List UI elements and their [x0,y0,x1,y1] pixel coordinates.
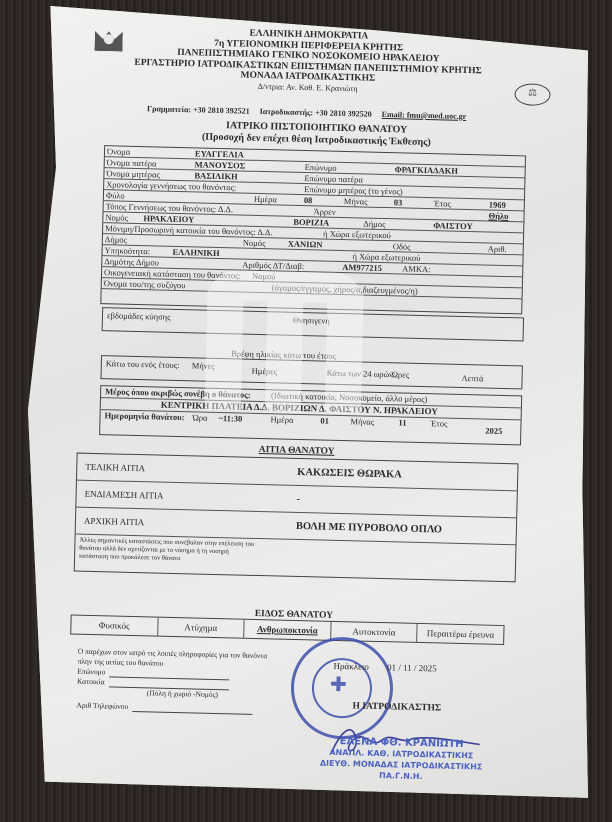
label: Ημέρα [270,414,293,425]
value-birth-year: 1969 [489,200,506,210]
value-surname: ΦΡΑΓΚΙΑΔΑΚΗ [395,164,459,176]
label: Όνομα πατέρα [107,157,157,168]
label: Όνομα μητέρας [106,168,160,179]
label: Δημότης Δήμου [104,256,159,267]
value-death-day: 01 [320,416,329,426]
label: Λεπτά [461,373,483,384]
label: ΤΕΛΙΚΗ ΑΙΤΙΑ [85,462,145,473]
label: Οδός [393,241,411,251]
phone-line [132,711,252,715]
kind-natural: Φυσικός [71,615,158,635]
examiner-stamp: ΕΛΕΝΑ ΦΘ. ΚΡΑΝΙΩΤΗ ΑΝΑΠΛ. ΚΑΘ. ΙΑΤΡΟΔΙΚΑ… [311,735,492,783]
label: Υπηκοότητα: [104,245,150,256]
label: ΕΝΔΙΑΜΕΣΗ ΑΙΤΙΑ [85,489,164,501]
label: Φύλο [106,190,125,200]
value-signature-date: 01 / 11 / 2025 [387,662,437,673]
label: Ηράκλειο [333,661,369,672]
label: Ημερομηνία θανάτου: [104,410,184,422]
label: Αριθ Τηλεφώνου [76,701,128,711]
value-death-hour: ~11:30 [218,413,242,424]
document-title: ΙΑΤΡΙΚΟ ΠΙΣΤΟΠΟΙΗΤΙΚΟ ΘΑΝΑΤΟΥ (Προσοχή δ… [156,118,476,150]
label: Έτος [434,198,451,208]
value-death-month: 11 [398,417,406,427]
label: Δήμος [363,218,385,229]
value-mother: ΒΑΣΙΛΙΚΗ [194,170,238,181]
label: Δήμος [105,234,127,245]
label: Κάτω του ενός έτους: [106,358,180,370]
label: Νομός [243,238,266,249]
label: ΑΡΧΙΚΗ ΑΙΤΙΑ [84,516,144,527]
value-birthplace: ΒΟΡΙΖΙΑ [293,217,329,228]
examiner-phone: Ιατροδικαστής: +30 2810 392520 [260,107,372,119]
scales-of-justice-icon: ⚖ [514,83,551,106]
email: Email: fmu@med.uoc.gr [382,110,467,121]
value-initial-cause: ΒΟΛΗ ΜΕ ΠΥΡΟΒΟΛΟ ΟΠΛΟ [296,521,442,536]
value-intermediate-cause: - [296,494,300,505]
secretariat-phone: Γραμματεία: +30 2810 392521 [147,104,250,116]
label: Όνομα του/της συζύγου [104,278,186,290]
label: Επώνυμο [305,162,337,173]
kind-homicide-selected: Ανθρωποκτονία [244,620,331,640]
label: Μήνας [350,416,374,427]
label: Έτος [430,418,447,428]
label: ή Χώρα εξωτερικού [323,229,391,241]
label: ή Χώρα εξωτερικού [352,251,420,263]
label: Επώνυμο [77,667,105,677]
kind-further-investigation: Περαιτέρω έρευνα [417,624,503,644]
label: Ώρες [392,369,410,379]
causes-title: ΑΙΤΙΑ ΘΑΝΑΤΟΥ [259,445,335,457]
value-prefecture: ΗΡΑΚΛΕΙΟΥ [143,213,194,224]
label: εβδομάδες κύησης [107,310,171,322]
value-name: ΕΥΑΓΓΕΛΙΑ [195,148,244,159]
value-birth-day: 08 [304,195,313,205]
institution-header: ΕΛΛΗΝΙΚΗ ΔΗΜΟΚΡΑΤΙΑ 7η ΥΓΕΙΟΝΟΜΙΚΗ ΠΕΡΙΦ… [98,25,519,98]
label: Νομός [105,212,128,223]
value-final-cause: ΚΑΚΩΣΕΙΣ ΘΩΡΑΚΑ [297,467,402,481]
value-birth-month: 03 [394,197,403,207]
watermark-logo-icon [205,260,369,414]
value-res-prefecture: ΧΑΝΙΩΝ [288,239,323,250]
value-municipality: ΦΑΙΣΤΟΥ [433,220,473,231]
kind-accident: Ατύχημα [158,618,245,638]
sex-female-selected: Θήλυ [488,211,508,221]
informant-section: Ο παρέχων στον ιατρό τις λοιπές πληροφορ… [76,647,278,716]
label: Μήνας [344,196,368,207]
label: Ώρα [192,412,207,422]
label: ΑΜΚΑ: [402,263,431,274]
label: Ημέρα [254,194,277,205]
label: Όνομα [107,146,130,157]
sex-male: Άρρεν [313,206,335,217]
death-certificate: ⚖ ΕΛΛΗΝΙΚΗ ΔΗΜΟΚΡΑΤΙΑ 7η ΥΓΕΙΟΝΟΜΙΚΗ ΠΕΡ… [0,0,612,822]
value-death-year: 2025 [485,426,502,436]
label: Αριθ. [488,244,507,254]
causes-table: ΤΕΛΙΚΗ ΑΙΤΙΑ ΚΑΚΩΣΕΙΣ ΘΩΡΑΚΑ ΕΝΔΙΑΜΕΣΗ Α… [74,453,519,583]
examiner-role: Η ΙΑΤΡΟΔΙΚΑΣΤΗΣ [352,701,441,713]
other-conditions-note: Άλλες σημαντικές καταστάσεις που συνέβαλ… [79,537,260,565]
label: Επώνυμο πατέρα [304,173,363,184]
label: Κατοικία [77,677,105,687]
value-father: ΜΑΝΟΥΣΟΣ [195,159,246,170]
value-citizenship: ΕΛΛΗΝΙΚΗ [172,247,219,258]
kind-of-death-options: Φυσικός Ατύχημα Ανθρωποκτονία Αυτοκτονία… [70,614,504,645]
